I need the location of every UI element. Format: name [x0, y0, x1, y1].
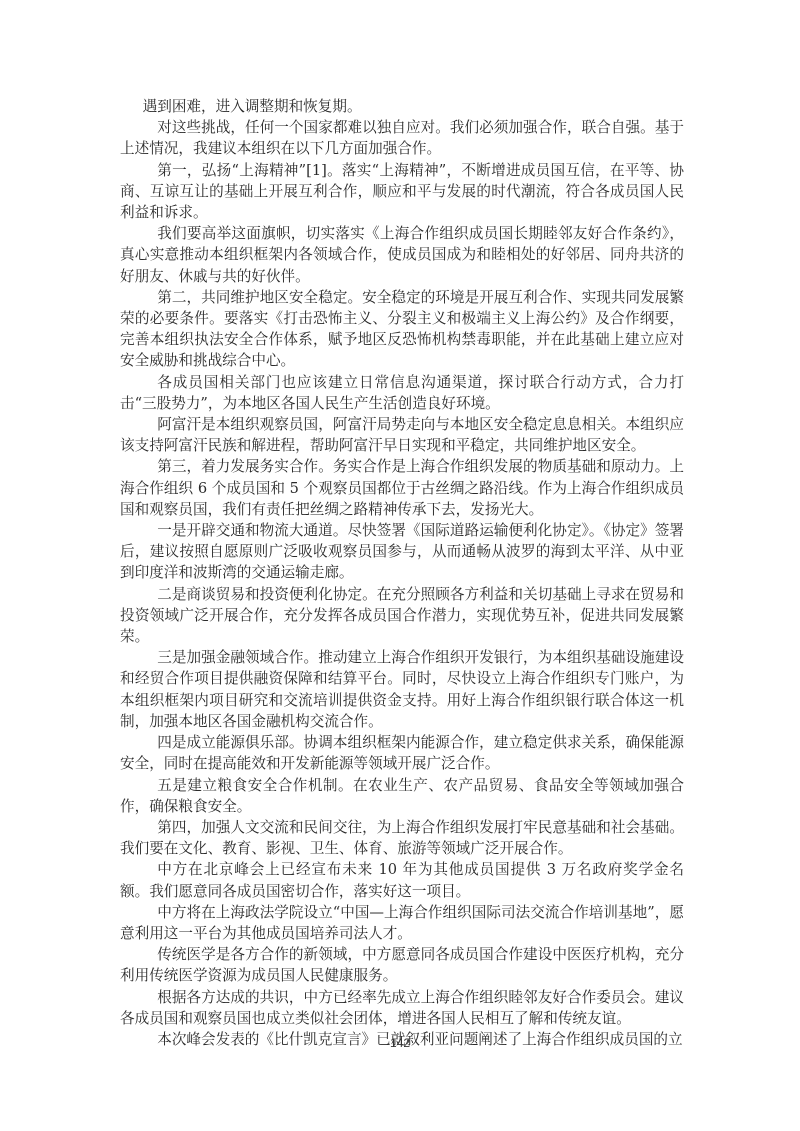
paragraph: 中方在北京峰会上已经宣布未来 10 年为其他成员国提供 3 万名政府奖学金名额。… — [120, 859, 684, 901]
paragraph: 三是加强金融领域合作。推动建立上海合作组织开发银行，为本组织基础设施建设和经贸合… — [120, 647, 684, 732]
paragraph: 二是商谈贸易和投资便利化协定。在充分照顾各方利益和关切基础上寻求在贸易和投资领域… — [120, 584, 684, 648]
page-number: 142 — [0, 1036, 800, 1050]
paragraph: 第一，弘扬“上海精神”[1]。落实“上海精神”，不断增进成员国互信，在平等、协商… — [120, 160, 684, 224]
paragraph: 第二，共同维护地区安全稳定。安全稳定的环境是开展互利合作、实现共同发展繁荣的必要… — [120, 287, 684, 372]
paragraph: 第三，着力发展务实合作。务实合作是上海合作组织发展的物质基础和原动力。上海合作组… — [120, 456, 684, 520]
paragraph: 一是开辟交通和物流大通道。尽快签署《国际道路运输便利化协定》。《协定》签署后，建… — [120, 520, 684, 584]
paragraph: 传统医学是各方合作的新领域，中方愿意同各成员国合作建设中医医疗机构，充分利用传统… — [120, 944, 684, 986]
paragraph: 四是成立能源俱乐部。协调本组织框架内能源合作，建立稳定供求关系，确保能源安全，同… — [120, 732, 684, 774]
paragraph: 五是建立粮食安全合作机制。在农业生产、农产品贸易、食品安全等领域加强合作，确保粮… — [120, 775, 684, 817]
paragraph: 对这些挑战，任何一个国家都难以独自应对。我们必须加强合作，联合自强。基于上述情况… — [120, 117, 684, 159]
paragraph-continuation: 遇到困难，进入调整期和恢复期。 — [120, 96, 684, 117]
paragraph: 第四，加强人文交流和民间交往，为上海合作组织发展打牢民意基础和社会基础。我们要在… — [120, 817, 684, 859]
paragraph: 根据各方达成的共识，中方已经率先成立上海合作组织睦邻友好合作委员会。建议各成员国… — [120, 987, 684, 1029]
document-body: 遇到困难，进入调整期和恢复期。 对这些挑战，任何一个国家都难以独自应对。我们必须… — [120, 96, 684, 1050]
paragraph: 中方将在上海政法学院设立“中国—上海合作组织国际司法交流合作培训基地”，愿意利用… — [120, 902, 684, 944]
paragraph: 我们要高举这面旗帜，切实落实《上海合作组织成员国长期睦邻友好合作条约》，真心实意… — [120, 223, 684, 287]
paragraph: 阿富汗是本组织观察员国，阿富汗局势走向与本地区安全稳定息息相关。本组织应该支持阿… — [120, 414, 684, 456]
paragraph: 各成员国相关部门也应该建立日常信息沟通渠道，探讨联合行动方式，合力打击“三股势力… — [120, 372, 684, 414]
